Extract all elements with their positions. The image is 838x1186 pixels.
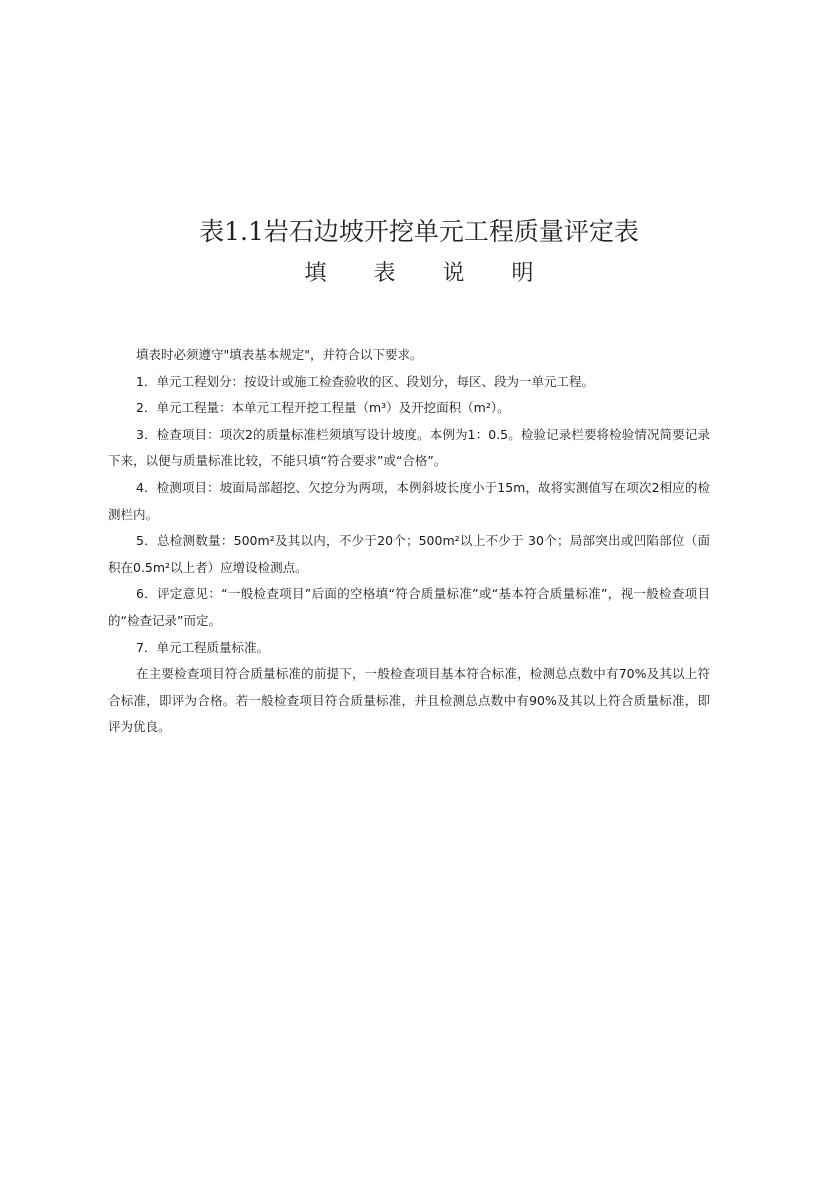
instruction-item-2: 2．单元工程量：本单元工程开挖工程量（m³）及开挖面积（m²）。: [108, 395, 710, 422]
intro-paragraph: 填表时必须遵守"填表基本规定"，并符合以下要求。: [108, 342, 710, 369]
instruction-item-1: 1．单元工程划分：按设计或施工检查验收的区、段划分，每区、段为一单元工程。: [108, 369, 710, 396]
instruction-item-3: 3．检查项目：项次2的质量标准栏须填写设计坡度。本例为1：0.5。检验记录栏要将…: [108, 422, 710, 475]
document-subtitle: 填 表 说 明: [0, 256, 838, 287]
quality-standard-paragraph: 在主要检查项目符合质量标准的前提下，一般检查项目基本符合标准，检测总点数中有70…: [108, 661, 710, 741]
instruction-item-4: 4．检测项目：坡面局部超挖、欠挖分为两项，本例斜坡长度小于15m，故将实测值写在…: [108, 475, 710, 528]
instruction-item-7: 7．单元工程质量标准。: [108, 635, 710, 662]
instruction-item-6: 6．评定意见：“一般检查项目”后面的空格填“符合质量标准”或“基本符合质量标准”…: [108, 581, 710, 634]
instruction-item-5: 5．总检测数量：500m²及其以内，不少于20个；500m²以上不少于 30个；…: [108, 528, 710, 581]
document-title: 表1.1岩石边坡开挖单元工程质量评定表: [0, 212, 838, 248]
instructions-body: 填表时必须遵守"填表基本规定"，并符合以下要求。 1．单元工程划分：按设计或施工…: [108, 342, 710, 741]
